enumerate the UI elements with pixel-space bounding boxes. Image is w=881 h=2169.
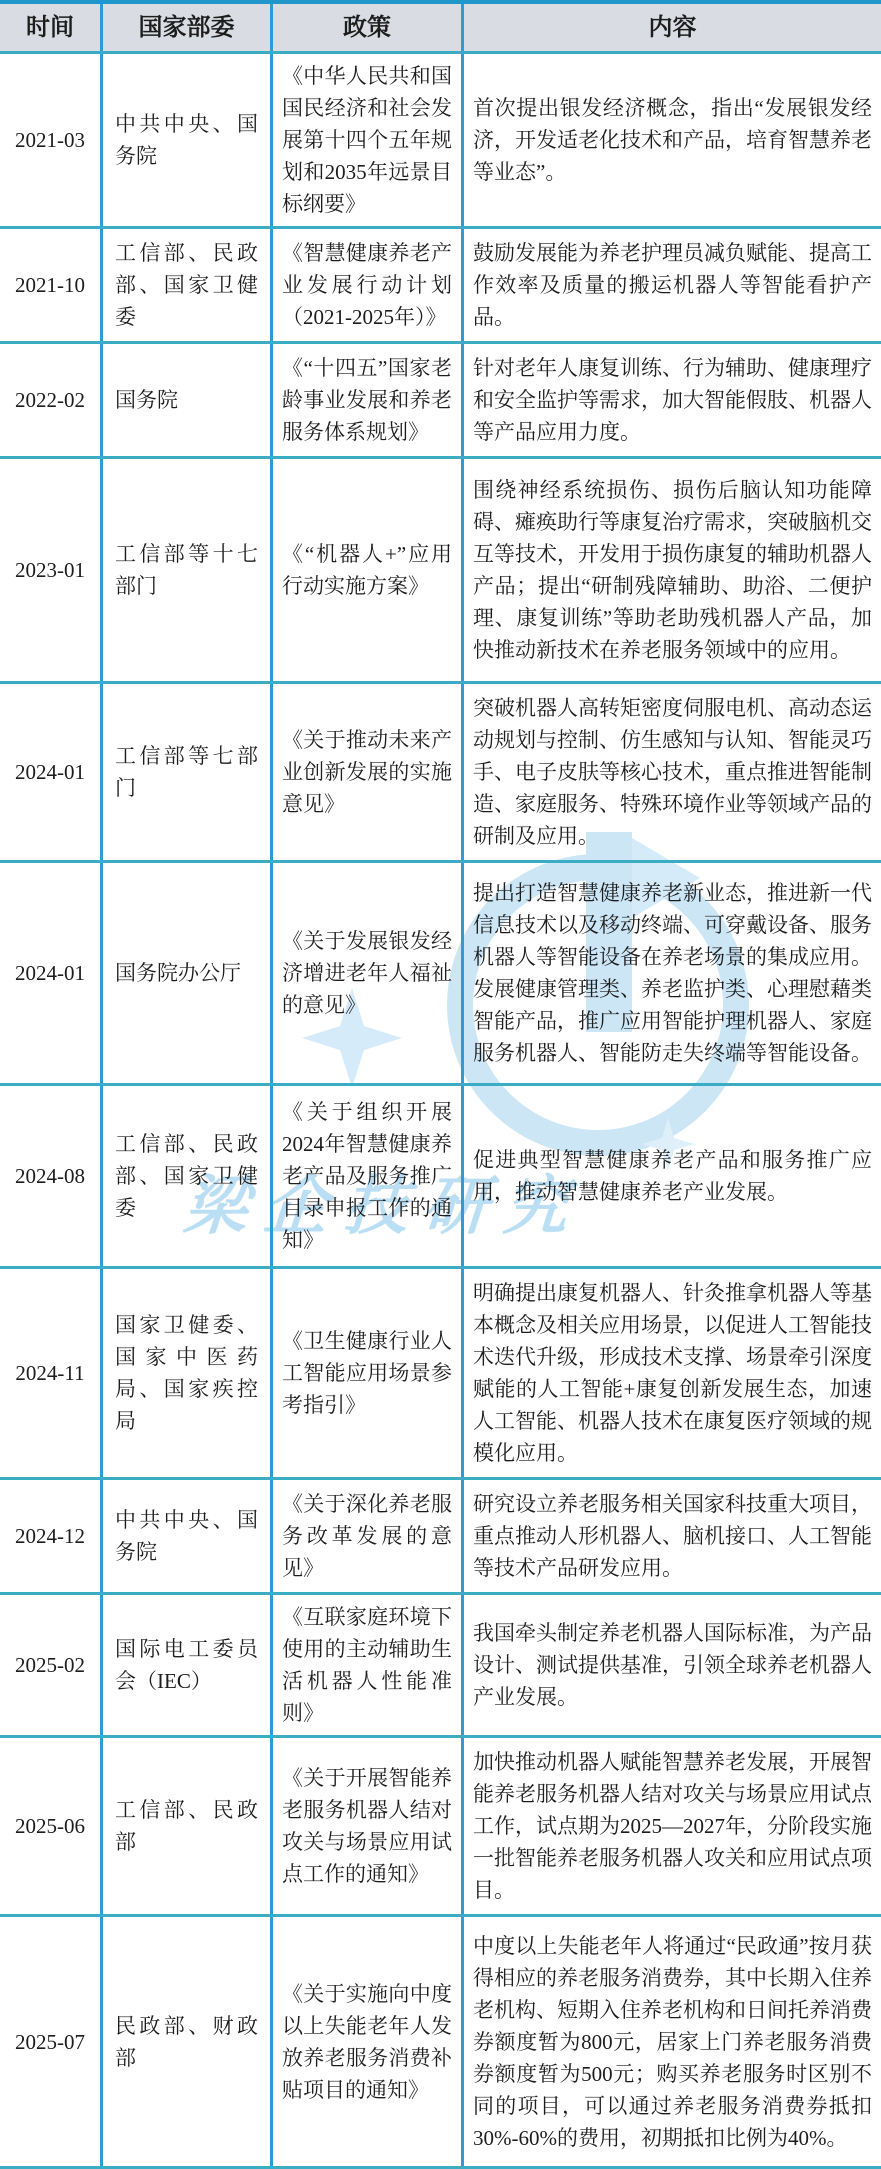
policy-cell: 《关于深化养老服务改革发展的意见》 [270,1480,461,1592]
time-cell: 2025-06 [0,1738,100,1914]
ministry-cell: 工信部等十七部门 [100,459,270,681]
content-cell: 明确提出康复机器人、针灸推拿机器人等基本概念及相关应用场景，以促进人工智能技术迭… [461,1269,881,1477]
policy-cell: 《“机器人+”应用行动实施方案》 [270,459,461,681]
table-row: 2024-01 工信部等七部门 《关于推动未来产业创新发展的实施意见》 突破机器… [0,684,881,863]
time-cell: 2024-12 [0,1480,100,1592]
policy-cell: 《卫生健康行业人工智能应用场景参考指引》 [270,1269,461,1477]
table-header-row: 时间 国家部委 政策 内容 [0,4,881,54]
ministry-cell: 国务院办公厅 [100,863,270,1083]
table-row: 2023-01 工信部等十七部门 《“机器人+”应用行动实施方案》 围绕神经系统… [0,459,881,684]
table-row: 2025-02 国际电工委员会（IEC） 《互联家庭环境下使用的主动辅助生活机器… [0,1595,881,1738]
time-cell: 2021-03 [0,54,100,226]
table-row: 2024-08 工信部、民政部、国家卫健委 《关于组织开展2024年智慧健康养老… [0,1086,881,1269]
ministry-cell: 工信部、民政部、国家卫健委 [100,1086,270,1266]
header-policy: 政策 [270,4,461,51]
header-time: 时间 [0,4,100,51]
policy-table-page: 梁企技研究 时间 国家部委 政策 内容 2021-03 中共中央、国务院 《中华… [0,0,881,2169]
time-cell: 2025-02 [0,1595,100,1735]
table-row: 2025-06 工信部、民政部 《关于开展智能养老服务机器人结对攻关与场景应用试… [0,1738,881,1917]
content-cell: 加快推动机器人赋能智慧养老发展，开展智能养老服务机器人结对攻关与场景应用试点工作… [461,1738,881,1914]
header-ministry: 国家部委 [100,4,270,51]
content-cell: 鼓励发展能为养老护理员减负赋能、提高工作效率及质量的搬运机器人等智能看护产品。 [461,229,881,341]
content-cell: 促进典型智慧健康养老产品和服务推广应用，推动智慧健康养老产业发展。 [461,1086,881,1266]
table-row: 2022-02 国务院 《“十四五”国家老龄事业发展和养老服务体系规划》 针对老… [0,344,881,459]
content-cell: 提出打造智慧健康养老新业态，推进新一代信息技术以及移动终端、可穿戴设备、服务机器… [461,863,881,1083]
time-cell: 2023-01 [0,459,100,681]
table-row: 2024-11 国家卫健委、国家中医药局、国家疾控局 《卫生健康行业人工智能应用… [0,1269,881,1480]
policy-cell: 《关于推动未来产业创新发展的实施意见》 [270,684,461,860]
policy-cell: 《关于实施向中度以上失能老年人发放养老服务消费补贴项目的通知》 [270,1917,461,2166]
policy-cell: 《“十四五”国家老龄事业发展和养老服务体系规划》 [270,344,461,456]
time-cell: 2021-10 [0,229,100,341]
content-cell: 首次提出银发经济概念，指出“发展银发经济，开发适老化技术和产品，培育智慧养老等业… [461,54,881,226]
table-row: 2021-10 工信部、民政部、国家卫健委 《智慧健康养老产业发展行动计划（20… [0,229,881,344]
time-cell: 2025-07 [0,1917,100,2166]
ministry-cell: 工信部、民政部 [100,1738,270,1914]
policy-table: 时间 国家部委 政策 内容 2021-03 中共中央、国务院 《中华人民共和国国… [0,0,881,2169]
policy-cell: 《互联家庭环境下使用的主动辅助生活机器人性能准则》 [270,1595,461,1735]
policy-cell: 《关于发展银发经济增进老年人福祉的意见》 [270,863,461,1083]
time-cell: 2022-02 [0,344,100,456]
content-cell: 中度以上失能老年人将通过“民政通”按月获得相应的养老服务消费券，其中长期入住养老… [461,1917,881,2166]
ministry-cell: 工信部等七部门 [100,684,270,860]
content-cell: 针对老年人康复训练、行为辅助、健康理疗和安全监护等需求，加大智能假肢、机器人等产… [461,344,881,456]
table-row: 2024-01 国务院办公厅 《关于发展银发经济增进老年人福祉的意见》 提出打造… [0,863,881,1086]
content-cell: 围绕神经系统损伤、损伤后脑认知功能障碍、瘫痪助行等康复治疗需求，突破脑机交互等技… [461,459,881,681]
ministry-cell: 民政部、财政部 [100,1917,270,2166]
ministry-cell: 国家卫健委、国家中医药局、国家疾控局 [100,1269,270,1477]
policy-cell: 《关于组织开展2024年智慧健康养老产品及服务推广目录申报工作的通知》 [270,1086,461,1266]
ministry-cell: 中共中央、国务院 [100,1480,270,1592]
content-cell: 突破机器人高转矩密度伺服电机、高动态运动规划与控制、仿生感知与认知、智能灵巧手、… [461,684,881,860]
content-cell: 研究设立养老服务相关国家科技重大项目，重点推动人形机器人、脑机接口、人工智能等技… [461,1480,881,1592]
ministry-cell: 国务院 [100,344,270,456]
content-cell: 我国牵头制定养老机器人国际标准，为产品设计、测试提供基准，引领全球养老机器人产业… [461,1595,881,1735]
table-row: 2024-12 中共中央、国务院 《关于深化养老服务改革发展的意见》 研究设立养… [0,1480,881,1595]
table-row: 2025-07 民政部、财政部 《关于实施向中度以上失能老年人发放养老服务消费补… [0,1917,881,2169]
time-cell: 2024-08 [0,1086,100,1266]
ministry-cell: 中共中央、国务院 [100,54,270,226]
time-cell: 2024-01 [0,684,100,860]
ministry-cell: 工信部、民政部、国家卫健委 [100,229,270,341]
ministry-cell: 国际电工委员会（IEC） [100,1595,270,1735]
time-cell: 2024-11 [0,1269,100,1477]
policy-cell: 《关于开展智能养老服务机器人结对攻关与场景应用试点工作的通知》 [270,1738,461,1914]
header-content: 内容 [461,4,881,51]
time-cell: 2024-01 [0,863,100,1083]
policy-cell: 《智慧健康养老产业发展行动计划（2021-2025年）》 [270,229,461,341]
table-row: 2021-03 中共中央、国务院 《中华人民共和国国民经济和社会发展第十四个五年… [0,54,881,229]
policy-cell: 《中华人民共和国国民经济和社会发展第十四个五年规划和2035年远景目标纲要》 [270,54,461,226]
